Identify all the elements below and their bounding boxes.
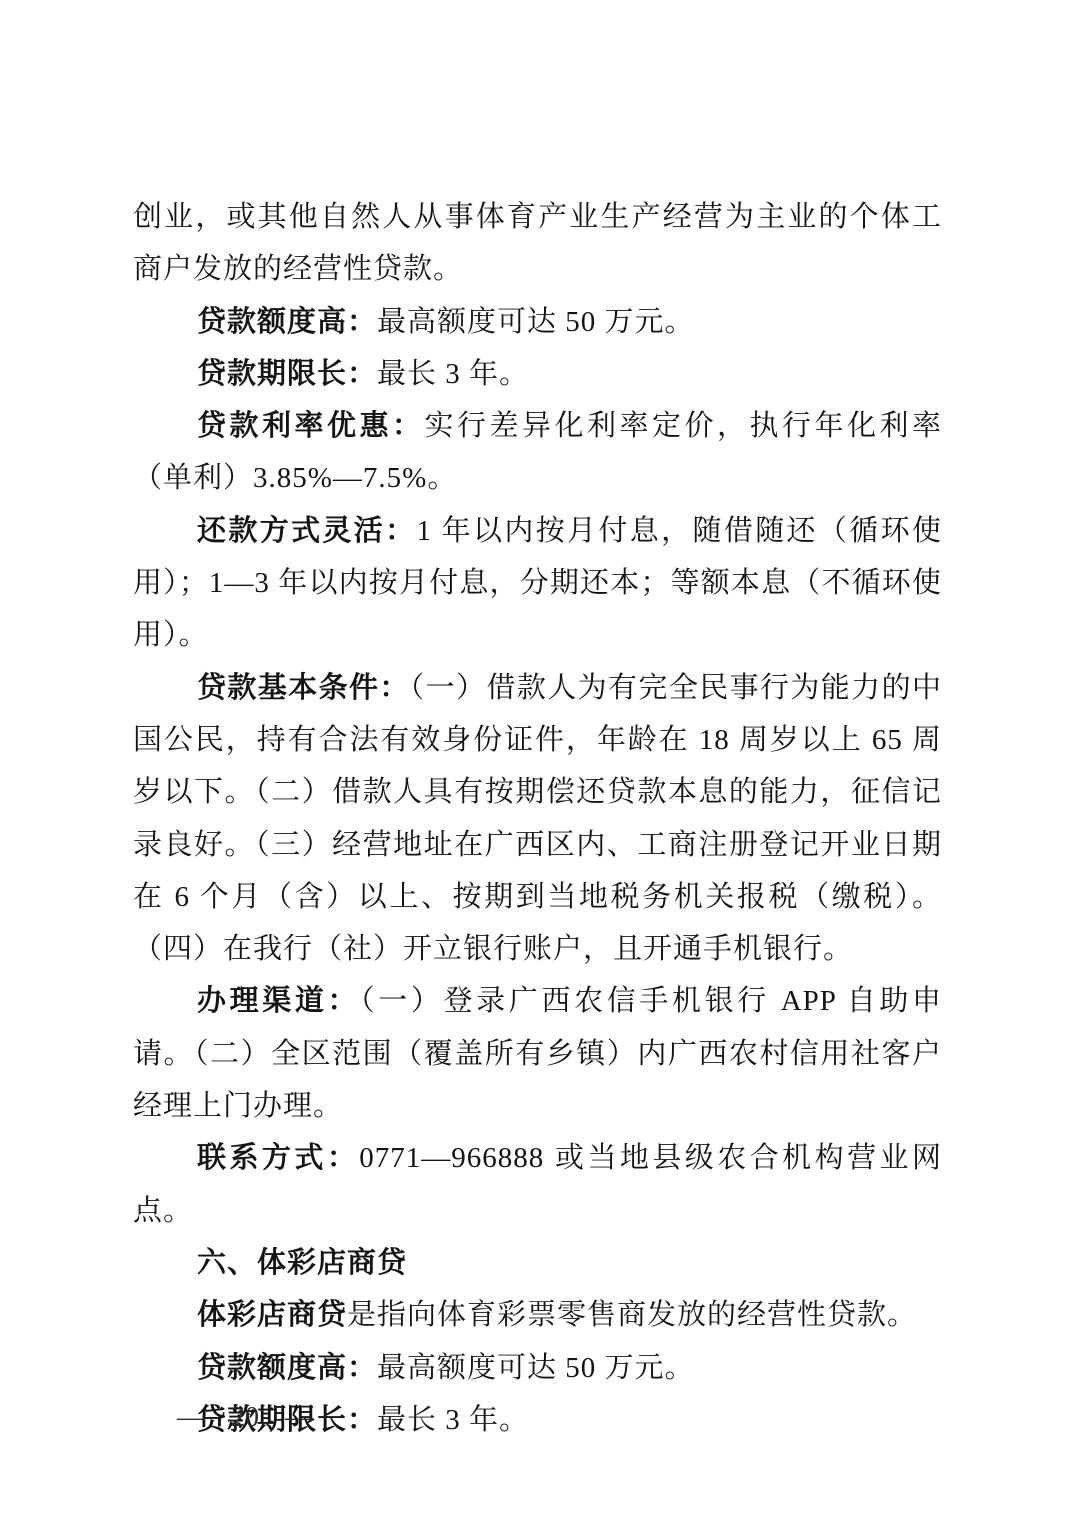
paragraph-label: 体彩店商贷 [197,1299,347,1331]
paragraph-label: 贷款基本条件： [197,672,410,704]
paragraph-repayment: 还款方式灵活：1 年以内按月付息，随借随还（循环使用）；1—3 年以内按月付息，… [133,505,942,662]
section-heading-label: 六、体彩店商贷 [197,1247,407,1279]
paragraph-text: 最高额度可达 50 万元。 [377,1352,695,1384]
paragraph-label: 办理渠道： [197,985,360,1017]
paragraph-label: 还款方式灵活： [197,515,417,547]
paragraph-loan-conditions: 贷款基本条件：（一）借款人为有完全民事行为能力的中国公民，持有合法有效身份证件，… [133,662,942,976]
paragraph-text: 最高额度可达 50 万元。 [377,306,695,338]
paragraph-ticai-definition: 体彩店商贷是指向体育彩票零售商发放的经营性贷款。 [133,1289,942,1341]
paragraph-label: 贷款期限长： [197,358,377,390]
paragraph-continuation: 创业，或其他自然人从事体育产业生产经营为主业的个体工商户发放的经营性贷款。 [133,191,942,296]
paragraph-ticai-loan-amount: 贷款额度高：最高额度可达 50 万元。 [133,1342,942,1394]
section-heading-ticai-loan: 六、体彩店商贷 [133,1237,942,1289]
footer-right-dash: — [285,1398,313,1438]
paragraph-application-channels: 办理渠道：（一）登录广西农信手机银行 APP 自助申请。（二）全区范围（覆盖所有… [133,975,942,1132]
document-body: 创业，或其他自然人从事体育产业生产经营为主业的个体工商户发放的经营性贷款。 贷款… [133,191,942,1446]
paragraph-text: 创业，或其他自然人从事体育产业生产经营为主业的个体工商户发放的经营性贷款。 [133,201,942,285]
document-page: 创业，或其他自然人从事体育产业生产经营为主业的个体工商户发放的经营性贷款。 贷款… [0,0,1074,1520]
paragraph-text: 最长 3 年。 [377,358,529,390]
footer-left-dash: — [177,1398,205,1438]
paragraph-text: （一）借款人为有完全民事行为能力的中国公民，持有合法有效身份证件，年龄在 18 … [133,672,942,965]
paragraph-contact: 联系方式：0771—966888 或当地县级农合机构营业网点。 [133,1132,942,1237]
paragraph-label: 联系方式： [197,1142,359,1174]
page-footer: — 20 — [177,1398,313,1438]
paragraph-label: 贷款额度高： [197,306,377,338]
paragraph-label: 贷款利率优惠： [197,410,425,442]
paragraph-label: 贷款额度高： [197,1352,377,1384]
paragraph-loan-term: 贷款期限长：最长 3 年。 [133,348,942,400]
page-number: 20 [231,1398,259,1438]
paragraph-text: 是指向体育彩票零售商发放的经营性贷款。 [347,1299,917,1331]
paragraph-loan-amount: 贷款额度高：最高额度可达 50 万元。 [133,296,942,348]
paragraph-text: 最长 3 年。 [377,1404,529,1436]
paragraph-loan-rate: 贷款利率优惠：实行差异化利率定价，执行年化利率（单利）3.85%—7.5%。 [133,400,942,505]
